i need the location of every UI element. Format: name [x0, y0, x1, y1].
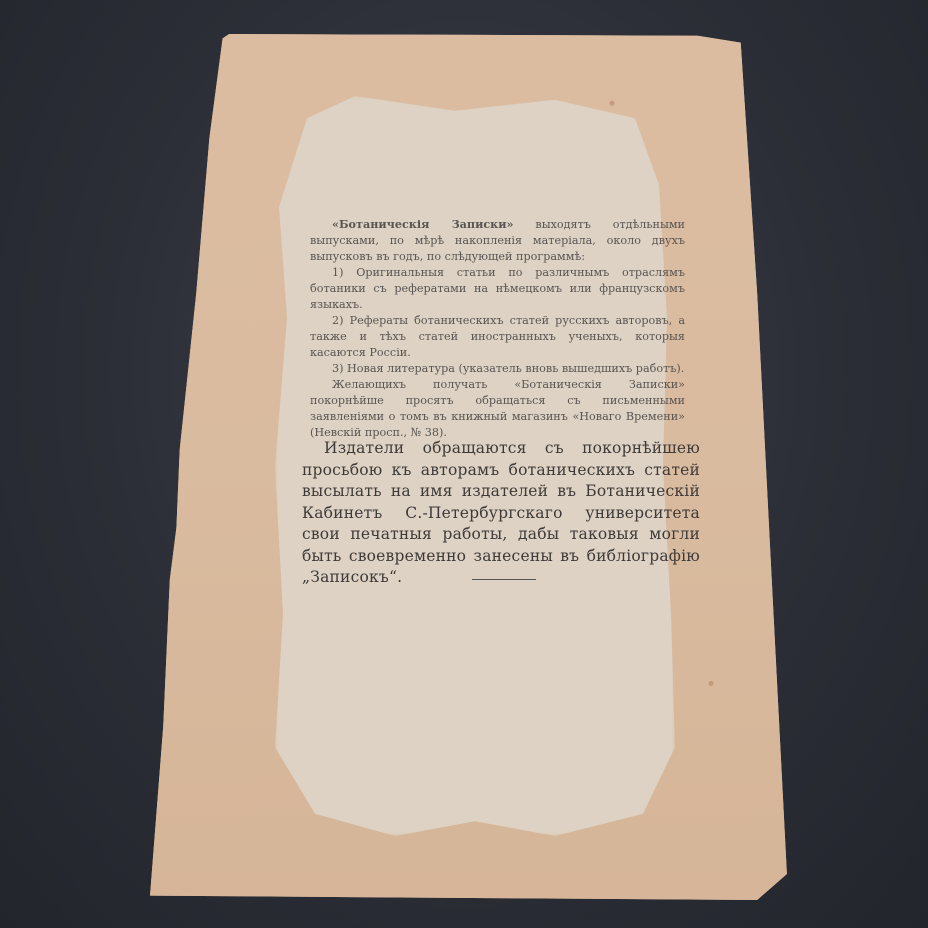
program-item-1: 1) Оригинальныя статьи по различнымъ отр…	[310, 265, 685, 313]
publication-info-block: «Ботаническія Записки» выходятъ отдѣльны…	[310, 216, 685, 441]
notice-paragraph: Издатели обращаются съ покорнѣйшею прось…	[302, 438, 700, 589]
program-item-2: 2) Рефераты ботаническихъ статей русских…	[310, 313, 685, 361]
publishers-notice: Издатели обращаются съ покорнѣйшею прось…	[302, 438, 700, 589]
program-item-3: 3) Новая литература (указатель вновь выш…	[310, 361, 685, 377]
subscription-paragraph: Желающихъ получать «Ботаническія Записки…	[310, 377, 685, 441]
horizontal-rule	[472, 579, 536, 580]
intro-paragraph: «Ботаническія Записки» выходятъ отдѣльны…	[310, 216, 685, 265]
document-page: «Ботаническія Записки» выходятъ отдѣльны…	[150, 34, 810, 900]
journal-title: «Ботаническія Записки»	[332, 217, 514, 231]
